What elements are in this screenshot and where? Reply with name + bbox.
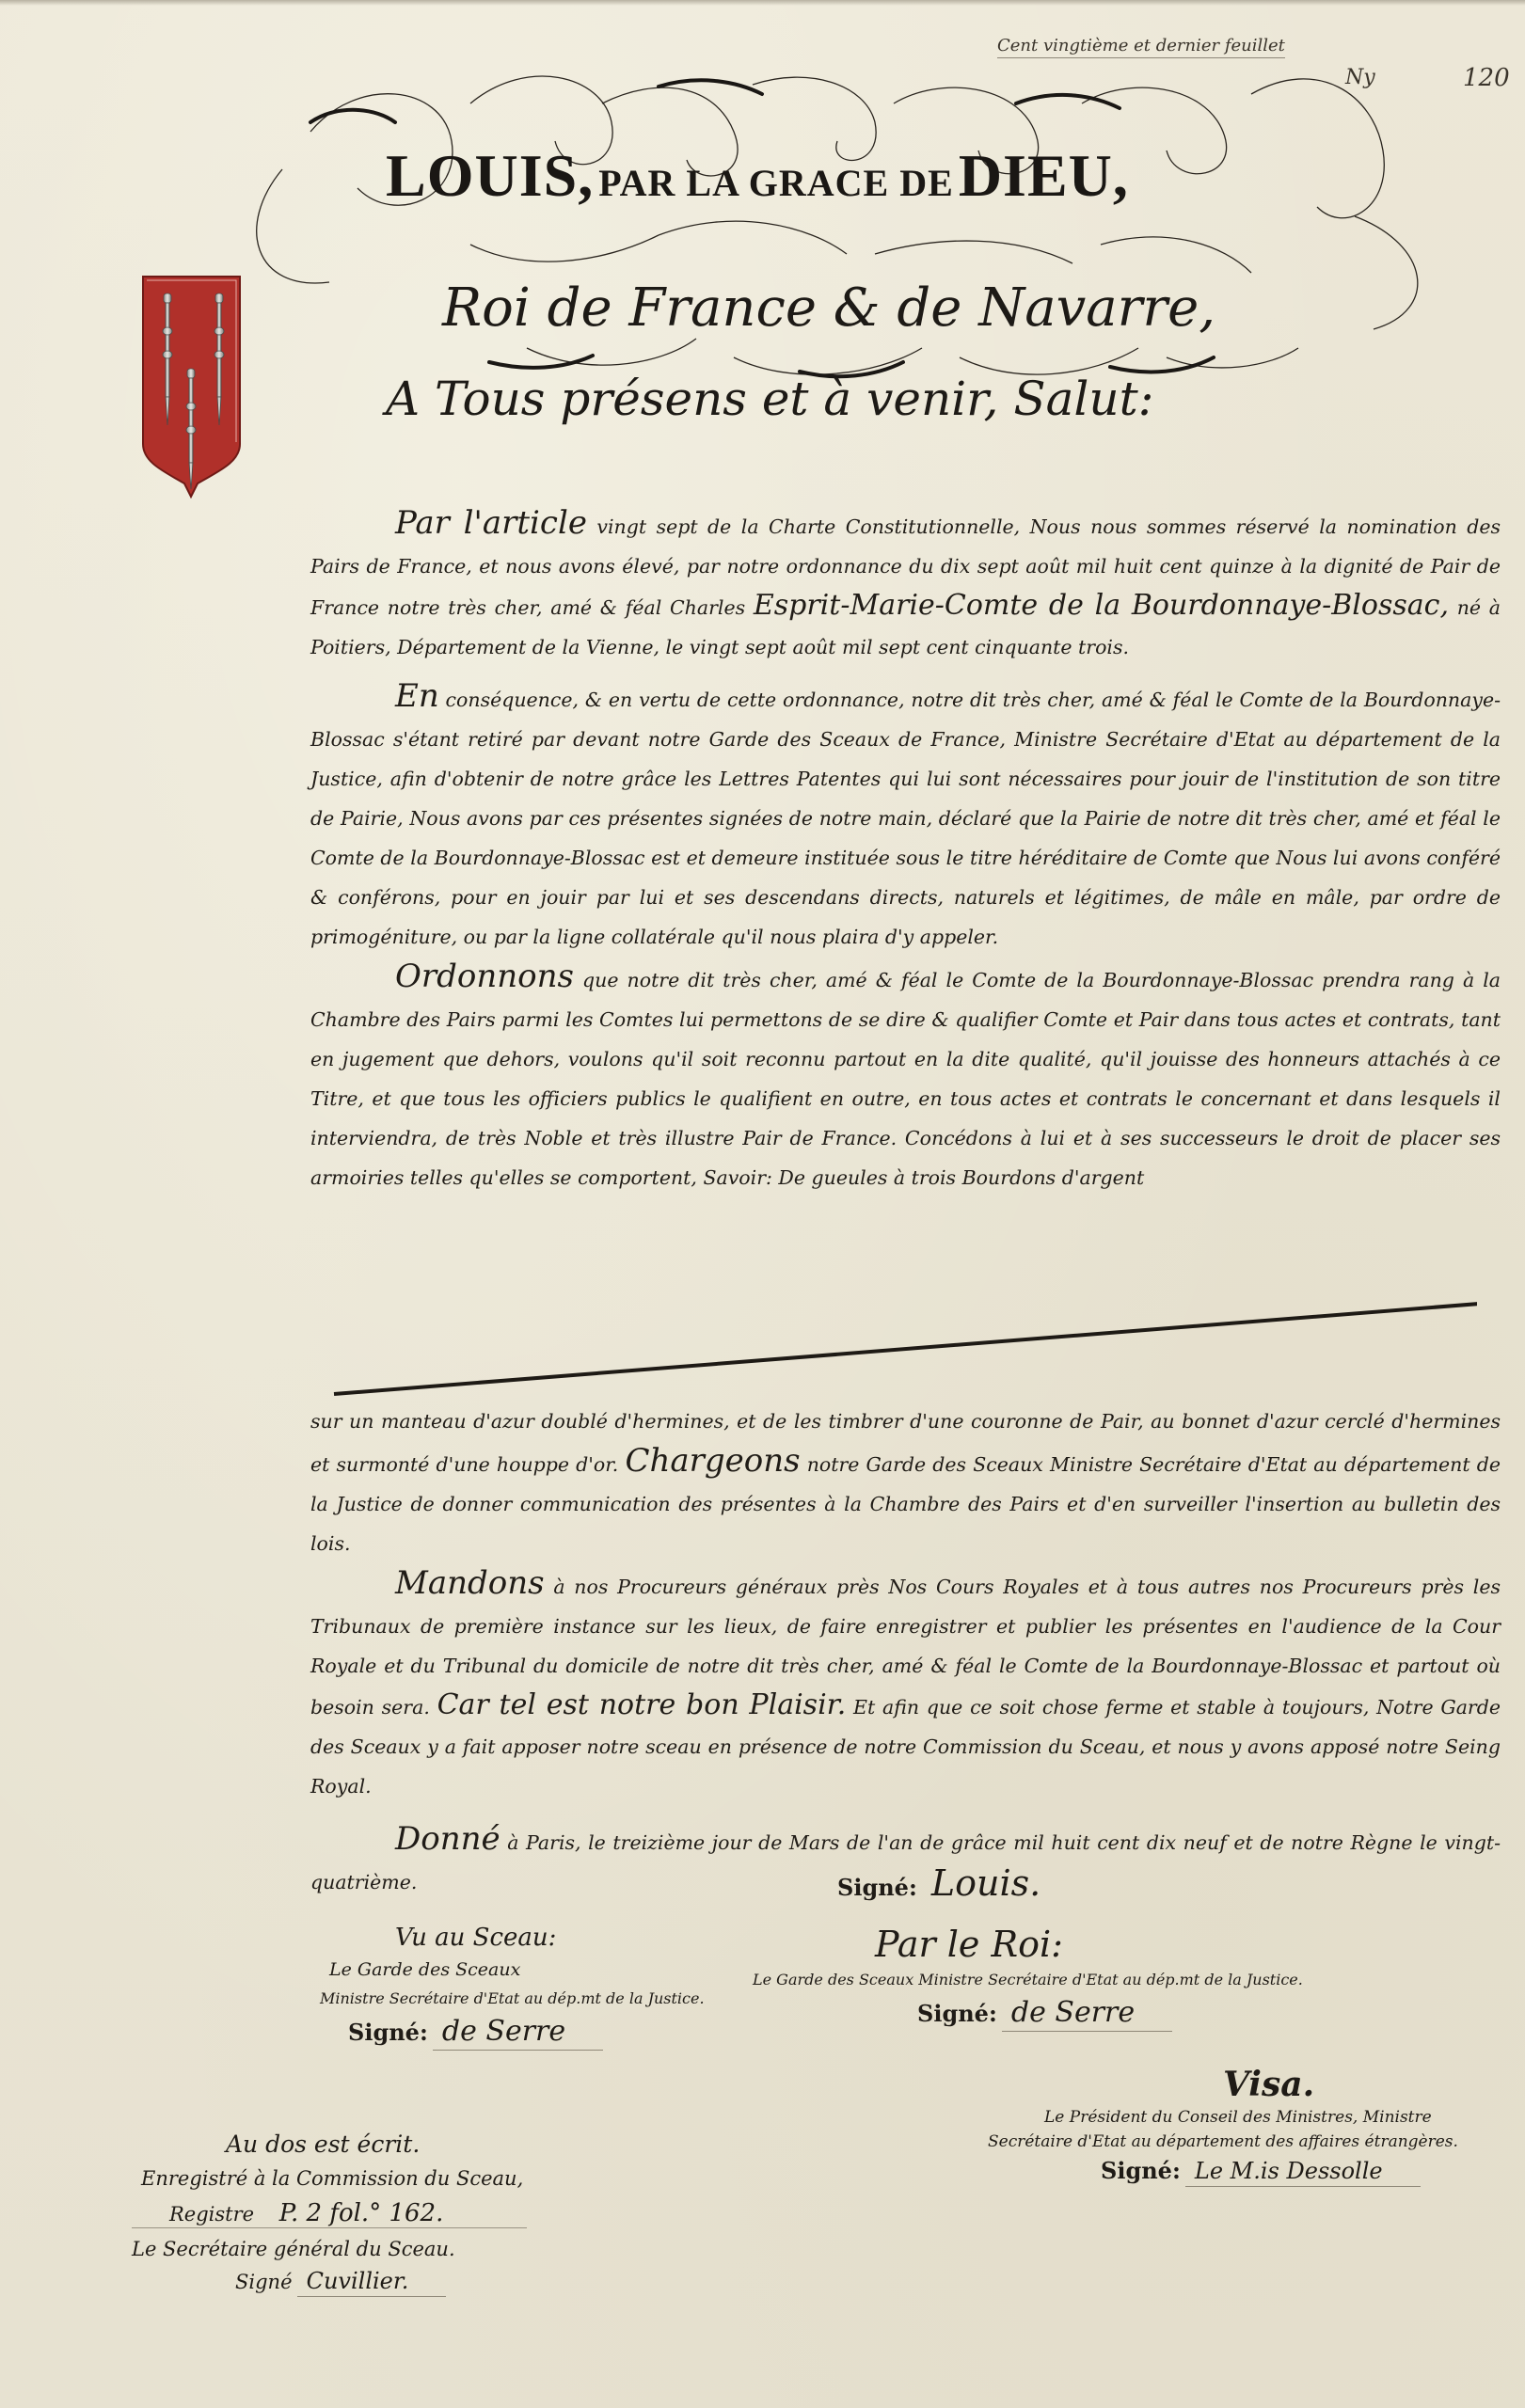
signer-name: Cuvillier. [297, 2268, 447, 2297]
visa-line2: Secrétaire d'Etat au département des aff… [988, 2132, 1496, 2151]
by-the-king-countersignature: Par le Roi: Le Garde des Sceaux Ministre… [753, 1924, 1411, 2029]
letters-patent-continuation: sur un manteau d'azur doublé d'hermines,… [310, 1402, 1501, 1902]
seal-heading: Vu au Sceau: [320, 1924, 762, 1952]
seal-attestation: Vu au Sceau: Le Garde des Sceaux Ministr… [320, 1924, 762, 2048]
visa-block: Visa. Le Président du Conseil des Minist… [988, 2065, 1496, 2184]
paragraph-lead: En [395, 677, 439, 715]
verso-line3: Le Secrétaire général du Sceau. [132, 2238, 574, 2260]
paragraph-lead: Ordonnons [395, 958, 574, 995]
signer-name: de Serre [1002, 1996, 1172, 2032]
diagonal-filler-line [320, 1289, 1477, 1402]
signed-label: Signé [235, 2271, 293, 2293]
by-king-line1: Le Garde des Sceaux Ministre Secrétaire … [753, 1971, 1411, 1988]
paragraph-text: que notre dit très cher, amé & féal le C… [310, 969, 1501, 1189]
signer-name: de Serre [433, 2015, 603, 2051]
bon-plaisir: Car tel est notre bon Plaisir. [437, 1688, 847, 1721]
visa-heading: Visa. [988, 2065, 1496, 2104]
title-dieu: DIEU, [959, 142, 1129, 209]
verso-line1: Enregistré à la Commission du Sceau, [132, 2167, 574, 2190]
paragraph-lead: Donné [395, 1820, 500, 1858]
visa-line1: Le Président du Conseil des Ministres, M… [988, 2108, 1496, 2127]
king-signature: Signé: Louis. [837, 1862, 1078, 1904]
title-par-la-grace: PAR LA GRACE DE [598, 162, 954, 204]
title-louis: LOUIS, [386, 142, 594, 209]
paragraph-text: conséquence, & en vertu de cette ordonna… [310, 689, 1501, 948]
signer-name: Le M.is Dessolle [1185, 2158, 1421, 2187]
by-king-heading: Par le Roi: [753, 1924, 1411, 1965]
signed-label: Signé: [1101, 2157, 1181, 2184]
seal-line1: Le Garde des Sceaux [320, 1959, 762, 1980]
letters-patent-body: Par l'article vingt sept de la Charte Co… [310, 503, 1501, 1197]
signer-name: Louis. [922, 1862, 1078, 1906]
verso-heading: Au dos est écrit. [132, 2131, 574, 2158]
register-label: Registre [169, 2203, 254, 2226]
signed-label: Signé: [348, 2019, 428, 2046]
paragraph-charte: Par l'article vingt sept de la Charte Co… [310, 503, 1501, 667]
document-title: LOUIS, PAR LA GRACE DE DIEU, [386, 141, 1421, 211]
shield-three-bourdons-icon [141, 275, 242, 500]
register-reference: P. 2 fol.° 162. [279, 2199, 444, 2227]
subtitle-salutation: A Tous présens et à venir, Salut: [386, 372, 1154, 426]
verso-registration: Au dos est écrit. Enregistré à la Commis… [132, 2131, 574, 2294]
signed-label: Signé: [917, 2000, 997, 2027]
peer-name: Esprit-Marie-Comte de la Bourdonnaye-Blo… [754, 589, 1449, 622]
signed-label: Signé: [837, 1874, 917, 1901]
paragraph-lead: Mandons [395, 1564, 545, 1602]
paragraph-lead: Par l'article [395, 504, 587, 542]
paragraph-consequence: En conséquence, & en vertu de cette ordo… [310, 676, 1501, 957]
paragraph-lead: Chargeons [625, 1442, 800, 1480]
verso-register: Registre P. 2 fol.° 162. [132, 2199, 527, 2228]
paragraph-mandons: Mandons à nos Procureurs généraux près N… [310, 1563, 1501, 1806]
paragraph-ordonnons: Ordonnons que notre dit très cher, amé &… [310, 957, 1501, 1197]
paragraph-chargeons: sur un manteau d'azur doublé d'hermines,… [310, 1402, 1501, 1563]
subtitle-king-of-france: Roi de France & de Navarre, [442, 277, 1215, 339]
seal-line2: Ministre Secrétaire d'Etat au dép.mt de … [320, 1989, 762, 2007]
